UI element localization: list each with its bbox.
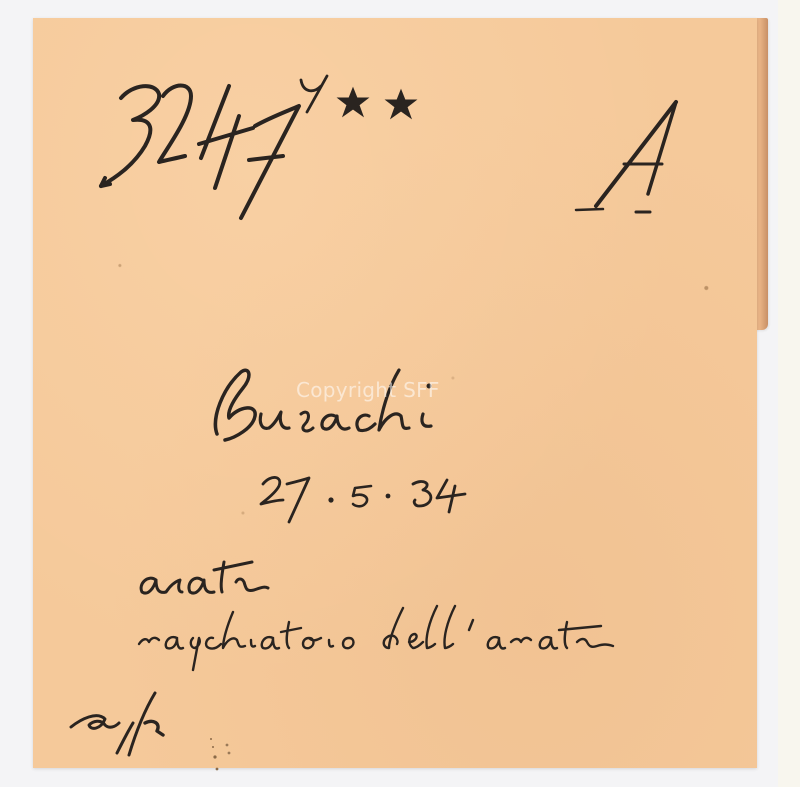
series-letter-handwriting: [548, 88, 688, 228]
ink-stain: [205, 733, 235, 783]
initials-handwriting: [61, 683, 191, 763]
place-name-handwriting: [183, 358, 523, 468]
copyright-watermark: Copyright SFF: [296, 378, 440, 402]
catalog-number-handwriting: ★★: [63, 68, 423, 228]
date-handwriting: [243, 458, 503, 538]
backing-sheet: [778, 0, 800, 787]
line2-handwriting: [133, 598, 673, 678]
label-card: 3247 ★★ A Bus: [33, 18, 757, 768]
